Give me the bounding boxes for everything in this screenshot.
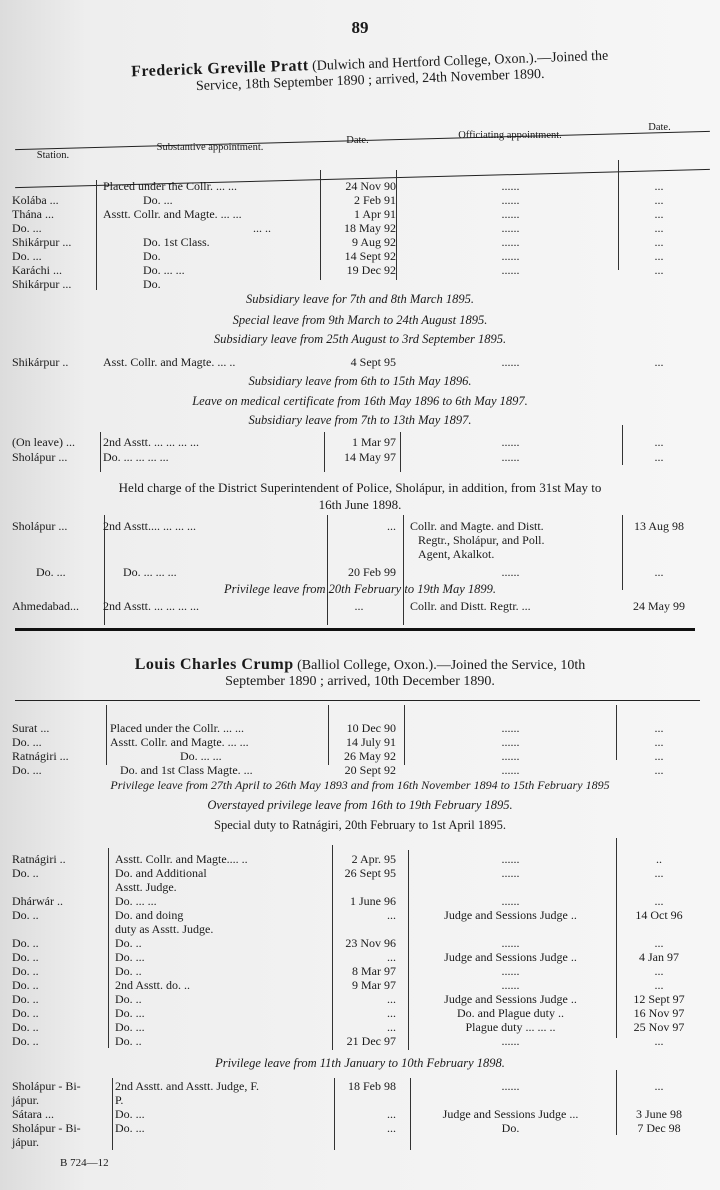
leave-note: Overstayed privilege leave from 16th to … bbox=[0, 798, 720, 813]
table-row: (On leave) ...2nd Asstt. ... ... ... ...… bbox=[0, 436, 720, 449]
cell-substantive: Do. and doing bbox=[115, 909, 335, 922]
cell-station: Sátara ... bbox=[12, 1108, 96, 1121]
table-row: Do. ..Do. ......Do. and Plague duty ..16… bbox=[0, 1007, 720, 1020]
cell-substantive: Do. .. bbox=[115, 937, 335, 950]
header-station: Station. bbox=[18, 150, 88, 161]
cell-date2: 7 Dec 98 bbox=[622, 1122, 696, 1135]
cell-date: ... bbox=[322, 1021, 396, 1034]
cell-substantive: Do. ... bbox=[115, 1007, 335, 1020]
table-row: Sátara ...Do. ......Judge and Sessions J… bbox=[0, 1108, 720, 1121]
cell-station: Do. .. bbox=[12, 937, 96, 950]
printer-code: B 724—12 bbox=[60, 1157, 109, 1169]
leave-note: Privilege leave from 20th February to 19… bbox=[0, 582, 720, 597]
cell-date2: ... bbox=[622, 867, 696, 880]
cell-substantive: Do. .. bbox=[115, 993, 335, 1006]
cell-date2: ... bbox=[622, 937, 696, 950]
cell-substantive: duty as Asstt. Judge. bbox=[115, 923, 335, 936]
table-row: Agent, Akalkot. bbox=[0, 548, 720, 561]
cell-station: Do. .. bbox=[12, 993, 96, 1006]
cell-officiating: Judge and Sessions Judge .. bbox=[403, 951, 618, 964]
table-row: Thána ...Asstt. Collr. and Magte. ... ..… bbox=[0, 208, 720, 221]
document-page: 89 Frederick Greville Pratt (Dulwich and… bbox=[0, 0, 720, 1190]
cell-substantive: Do. and Additional bbox=[115, 867, 335, 880]
col-rule bbox=[408, 850, 409, 1050]
cell-date: ... bbox=[322, 1007, 396, 1020]
cell-officiating: ...... bbox=[403, 1080, 618, 1093]
cell-date: 26 Sept 95 bbox=[322, 867, 396, 880]
cell-substantive: Asstt. Judge. bbox=[115, 881, 335, 894]
cell-station: Sholápur - Bi- bbox=[12, 1122, 96, 1135]
table-row: Karáchi ...Do. ... ...19 Dec 92......... bbox=[0, 264, 720, 277]
table-row: Sholápur ...2nd Asstt.... ... ... ......… bbox=[0, 520, 720, 533]
cell-date2: ... bbox=[622, 965, 696, 978]
table-row: Sholápur - Bi-2nd Asstt. and Asstt. Judg… bbox=[0, 1080, 720, 1093]
officer-service: September 1890 ; arrived, 10th December … bbox=[80, 674, 640, 690]
table-row: Do. ..Do. .....Judge and Sessions Judge … bbox=[0, 993, 720, 1006]
table-row: Do. ...Do. ... ... ...20 Feb 99......... bbox=[0, 566, 720, 579]
leave-note: Subsidiary leave from 6th to 15th May 18… bbox=[0, 374, 720, 389]
cell-station: Sholápur - Bi- bbox=[12, 1080, 96, 1093]
leave-note: Subsidiary leave from 7th to 13th May 18… bbox=[0, 413, 720, 428]
table-row: Shikárpur ...Do. bbox=[0, 278, 720, 291]
cell-substantive: Do. .. bbox=[115, 1035, 335, 1048]
table-row: Ahmedabad...2nd Asstt. ... ... ... .....… bbox=[0, 600, 720, 613]
cell-date: 21 Dec 97 bbox=[322, 1035, 396, 1048]
page-number: 89 bbox=[0, 18, 720, 38]
cell-date: 23 Nov 96 bbox=[322, 937, 396, 950]
cell-officiating: Judge and Sessions Judge .. bbox=[403, 993, 618, 1006]
table-top-rule bbox=[15, 700, 700, 701]
cell-officiating: ...... bbox=[403, 895, 618, 908]
leave-note: Privilege leave from 11th January to 10t… bbox=[0, 1056, 720, 1071]
cell-station: Do. .. bbox=[12, 951, 96, 964]
cell-officiating: ...... bbox=[403, 979, 618, 992]
table-row: duty as Asstt. Judge. bbox=[0, 923, 720, 936]
leave-note: Privilege leave from 27th April to 26th … bbox=[0, 778, 720, 793]
table-row: Do. ...Asstt. Collr. and Magte. ... ...1… bbox=[0, 736, 720, 749]
entry-1-title: Frederick Greville Pratt (Dulwich and He… bbox=[60, 45, 681, 100]
leave-note: Special leave from 9th March to 24th Aug… bbox=[0, 313, 720, 328]
cell-station: Do. .. bbox=[12, 1007, 96, 1020]
table-row: Do. ..Do. ......Judge and Sessions Judge… bbox=[0, 951, 720, 964]
cell-station: jápur. bbox=[12, 1136, 96, 1149]
cell-station: Do. .. bbox=[12, 1021, 96, 1034]
table-row: Do. ...Do. and 1st Class Magte. ...20 Se… bbox=[0, 764, 720, 777]
cell-officiating: Judge and Sessions Judge .. bbox=[403, 909, 618, 922]
entry-divider bbox=[15, 628, 695, 631]
cell-date: ... bbox=[322, 951, 396, 964]
leave-note: Leave on medical certificate from 16th M… bbox=[0, 394, 720, 409]
special-duty-note: Special duty to Ratnágiri, 20th February… bbox=[0, 818, 720, 833]
table-row: Shikárpur ..Asst. Collr. and Magte. ... … bbox=[0, 356, 720, 369]
cell-officiating: ...... bbox=[403, 937, 618, 950]
table-row: Do. ..Do. ..23 Nov 96......... bbox=[0, 937, 720, 950]
cell-date2: 16 Nov 97 bbox=[622, 1007, 696, 1020]
cell-officiating: Do. and Plague duty .. bbox=[403, 1007, 618, 1020]
police-note: 16th June 1898. bbox=[0, 497, 720, 513]
table-row: jápur.P. bbox=[0, 1094, 720, 1107]
cell-officiating: ...... bbox=[403, 867, 618, 880]
cell-substantive: Asstt. Collr. and Magte.... .. bbox=[115, 853, 335, 866]
table-row: Regtr., Sholápur, and Poll. bbox=[0, 534, 720, 547]
cell-station: Ratnágiri .. bbox=[12, 853, 96, 866]
officer-name: Louis Charles Crump bbox=[135, 656, 294, 673]
cell-substantive: Do. ... bbox=[115, 1122, 335, 1135]
cell-date2: ... bbox=[622, 895, 696, 908]
table-row: Do. ..Do. ..21 Dec 97......... bbox=[0, 1035, 720, 1048]
table-row: Sholápur - Bi-Do. ......Do.7 Dec 98 bbox=[0, 1122, 720, 1135]
cell-date: 1 June 96 bbox=[322, 895, 396, 908]
cell-date2: 14 Oct 96 bbox=[622, 909, 696, 922]
cell-date: ... bbox=[322, 1122, 396, 1135]
cell-station: jápur. bbox=[12, 1094, 96, 1107]
table-row: Surat ...Placed under the Collr. ... ...… bbox=[0, 722, 720, 735]
table-row: Do. ...Do.14 Sept 92......... bbox=[0, 250, 720, 263]
table-row: Do. ..2nd Asstt. do. ..9 Mar 97......... bbox=[0, 979, 720, 992]
cell-substantive: Do. ... bbox=[115, 951, 335, 964]
cell-substantive: 2nd Asstt. do. .. bbox=[115, 979, 335, 992]
cell-officiating: Plague duty ... ... .. bbox=[403, 1021, 618, 1034]
cell-officiating: ...... bbox=[403, 853, 618, 866]
table-row: Shikárpur ...Do. 1st Class.9 Aug 92.....… bbox=[0, 236, 720, 249]
officer-college: (Balliol College, Oxon.).—Joined the Ser… bbox=[297, 658, 585, 673]
cell-station: Do. .. bbox=[12, 979, 96, 992]
cell-officiating: Judge and Sessions Judge ... bbox=[403, 1108, 618, 1121]
table-row: Do. ..Do. ..8 Mar 97......... bbox=[0, 965, 720, 978]
table-row: Do. ...... ..18 May 92......... bbox=[0, 222, 720, 235]
cell-station: Do. .. bbox=[12, 1035, 96, 1048]
header-date: Date. bbox=[320, 135, 395, 146]
cell-date: 8 Mar 97 bbox=[322, 965, 396, 978]
cell-substantive: P. bbox=[115, 1094, 335, 1107]
header-officiating: Officiating appointment. bbox=[400, 130, 620, 141]
cell-date: 2 Apr. 95 bbox=[322, 853, 396, 866]
cell-date2: 12 Sept 97 bbox=[622, 993, 696, 1006]
cell-date: ... bbox=[322, 1108, 396, 1121]
cell-date2: ... bbox=[622, 1080, 696, 1093]
cell-station: Do. .. bbox=[12, 909, 96, 922]
table-row: jápur. bbox=[0, 1136, 720, 1149]
header-substantive: Substantive appointment. bbox=[110, 142, 310, 153]
cell-date2: ... bbox=[622, 979, 696, 992]
cell-date: ... bbox=[322, 909, 396, 922]
table-row: Do. ..Do. and Additional26 Sept 95......… bbox=[0, 867, 720, 880]
cell-officiating: ...... bbox=[403, 1035, 618, 1048]
cell-date: 18 Feb 98 bbox=[322, 1080, 396, 1093]
table-row: Do. ..Do. and doing...Judge and Sessions… bbox=[0, 909, 720, 922]
cell-substantive: Do. ... bbox=[115, 1021, 335, 1034]
cell-officiating: Do. bbox=[403, 1122, 618, 1135]
cell-date2: 25 Nov 97 bbox=[622, 1021, 696, 1034]
cell-substantive: 2nd Asstt. and Asstt. Judge, F. bbox=[115, 1080, 335, 1093]
cell-date: 9 Mar 97 bbox=[322, 979, 396, 992]
cell-substantive: Do. .. bbox=[115, 965, 335, 978]
cell-substantive: Do. ... ... bbox=[115, 895, 335, 908]
cell-station: Do. .. bbox=[12, 965, 96, 978]
table-row: Ratnágiri ...Do. ... ...26 May 92.......… bbox=[0, 750, 720, 763]
leave-note: Subsidiary leave for 7th and 8th March 1… bbox=[0, 292, 720, 307]
cell-officiating: ...... bbox=[403, 965, 618, 978]
header-date2: Date. bbox=[622, 122, 697, 133]
cell-station: Dhárwár .. bbox=[12, 895, 96, 908]
entry-2-title: Louis Charles Crump (Balliol College, Ox… bbox=[80, 657, 640, 690]
cell-date2: 3 June 98 bbox=[622, 1108, 696, 1121]
table-row: Placed under the Collr. ... ...24 Nov 90… bbox=[0, 180, 720, 193]
cell-date2: 4 Jan 97 bbox=[622, 951, 696, 964]
cell-station: Do. .. bbox=[12, 867, 96, 880]
cell-substantive: Do. ... bbox=[115, 1108, 335, 1121]
table-row: Kolába ...Do. ...2 Feb 91......... bbox=[0, 194, 720, 207]
table-row: Ratnágiri ..Asstt. Collr. and Magte.... … bbox=[0, 853, 720, 866]
cell-date2: ... bbox=[622, 1035, 696, 1048]
cell-date2: .. bbox=[622, 853, 696, 866]
table-row: Sholápur ...Do. ... ... ... ...14 May 97… bbox=[0, 451, 720, 464]
table-row: Asstt. Judge. bbox=[0, 881, 720, 894]
police-note: Held charge of the District Superintende… bbox=[0, 480, 720, 496]
table-row: Do. ..Do. ......Plague duty ... ... ..25… bbox=[0, 1021, 720, 1034]
leave-note: Subsidiary leave from 25th August to 3rd… bbox=[0, 332, 720, 347]
table-row: Dhárwár ..Do. ... ...1 June 96......... bbox=[0, 895, 720, 908]
cell-date: ... bbox=[322, 993, 396, 1006]
